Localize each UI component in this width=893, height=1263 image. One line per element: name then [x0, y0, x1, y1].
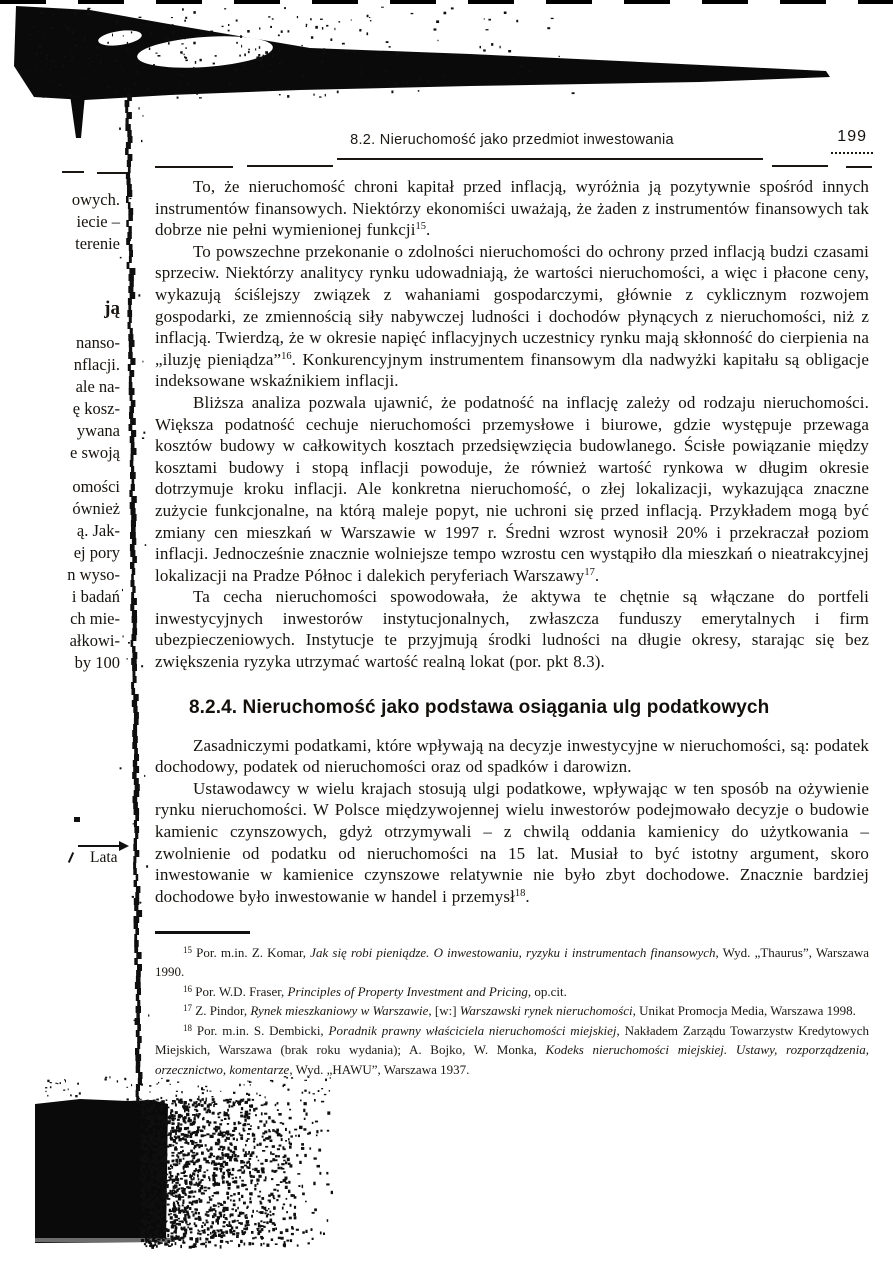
paragraph: Bliższa analiza pozwala ujawnić, że poda…: [155, 392, 869, 586]
footnote: 18 Por. m.in. S. Dembicki, Poradnik praw…: [155, 1021, 869, 1080]
margin-fragment: owych.: [72, 190, 120, 210]
footnotes-block: 15 Por. m.in. Z. Komar, Jak się robi pie…: [155, 931, 869, 1079]
paragraph: To, że nieruchomość chroni kapitał przed…: [155, 176, 869, 241]
margin-fragment: iecie –: [76, 212, 120, 232]
margin-fragment: ównież: [72, 499, 120, 519]
margin-fragment: ywana: [77, 421, 120, 441]
scanned-book-page: { "page": { "running_head": "8.2. Nieruc…: [0, 0, 893, 1263]
margin-fragment: terenie: [75, 234, 120, 254]
margin-fragment: e swoją: [70, 443, 120, 463]
margin-fragment: i badań: [72, 587, 120, 607]
facing-page-bleed-column: owych. iecie – terenie ją nanso- nflacji…: [0, 0, 122, 1263]
chart-axis-dot-fragment: [74, 817, 80, 822]
margin-fragment: by 100: [75, 653, 120, 673]
page-column: 8.2. Nieruchomość jako przedmiot inwesto…: [155, 132, 869, 1079]
footnote: 16 Por. W.D. Fraser, Principles of Prope…: [155, 982, 869, 1002]
margin-fragment: nanso-: [76, 333, 120, 353]
margin-fragment: nflacji.: [74, 355, 120, 375]
margin-fragment: ą. Jak-: [77, 521, 120, 541]
margin-fragment: ę kosz-: [73, 399, 120, 419]
footnote-separator: [155, 931, 250, 934]
footnote: 17 Z. Pindor, Rynek mieszkaniowy w Warsz…: [155, 1001, 869, 1021]
footnote: 15 Por. m.in. Z. Komar, Jak się robi pie…: [155, 943, 869, 982]
margin-fragment: n wyso-: [67, 565, 120, 585]
margin-fragment: ale na-: [76, 377, 120, 397]
paragraph: Zasadniczymi podatkami, które wpływają n…: [155, 735, 869, 778]
section-heading: 8.2.4. Nieruchomość jako podstawa osiąga…: [189, 697, 869, 719]
margin-fragment: ją: [104, 298, 120, 320]
chart-axis-label: Lata: [90, 849, 118, 867]
paragraph: To powszechne przekonanie o zdolności ni…: [155, 241, 869, 392]
margin-fragment: ej pory: [74, 543, 120, 563]
chart-axis-arrow-icon: [78, 845, 120, 847]
margin-fragment: omości: [72, 477, 120, 497]
paragraph: Ustawodawcy w wielu krajach stosują ulgi…: [155, 778, 869, 908]
page-number: 199: [837, 128, 867, 146]
margin-fragment: ch mie-: [70, 609, 120, 629]
body-text: To, że nieruchomość chroni kapitał przed…: [155, 176, 869, 907]
chart-axis-tick-fragment: [68, 852, 74, 863]
margin-fragment: ałkowi-: [70, 631, 120, 651]
running-head: 8.2. Nieruchomość jako przedmiot inwesto…: [155, 132, 869, 148]
running-head-row: 8.2. Nieruchomość jako przedmiot inwesto…: [155, 132, 869, 158]
paragraph: Ta cecha nieruchomości spowodowała, że a…: [155, 586, 869, 672]
